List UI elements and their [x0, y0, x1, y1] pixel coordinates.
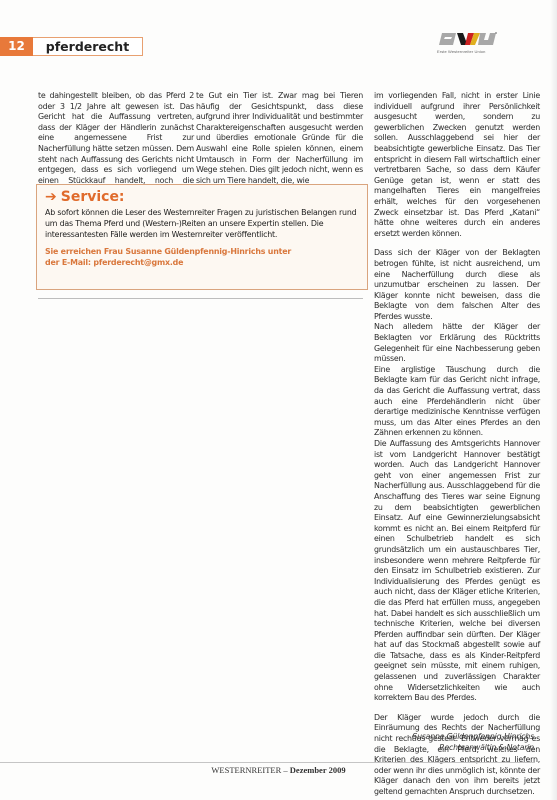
paragraph: Eine arglistige Täuschung durch die Bekl…: [374, 365, 540, 439]
section-title: pferderecht: [33, 37, 143, 56]
footer-separator: –: [281, 765, 290, 775]
article-column-1: te dahingestellt bleiben, ob das Pferd 2…: [38, 91, 194, 197]
section-header: 12 pferderecht: [0, 37, 143, 56]
paragraph: te Gut ein Tier ist. Zwar mag bei Tieren…: [196, 91, 363, 186]
page-footer: WESTERNREITER – Dezember 2009: [0, 765, 557, 775]
divider: [38, 298, 363, 299]
service-title-text: Service:: [61, 188, 125, 206]
logo-caption: Erste Westernreiter Union: [437, 49, 485, 54]
issue-date: Dezember 2009: [290, 765, 346, 775]
author-title: Rechtsanwältin & Notarin: [374, 742, 534, 753]
paragraph: Die Auffassung des Amtsgerichts Hannover…: [374, 439, 540, 704]
paragraph: te dahingestellt bleiben, ob das Pferd 2…: [38, 91, 194, 197]
author-signature: Susanne Güldenpfennig-Hinrichs Rechtsanw…: [374, 731, 534, 753]
service-title: ➔ Service:: [45, 188, 361, 206]
article-column-2: te Gut ein Tier ist. Zwar mag bei Tieren…: [196, 91, 363, 186]
arrow-right-icon: ➔: [45, 188, 57, 206]
page-number: 12: [0, 37, 33, 56]
service-contact: Sie erreichen Frau Susanne Güldenpfennig…: [45, 246, 361, 268]
page-edge-shadow: [550, 0, 557, 800]
paragraph: Dass sich der Kläger von der Beklagten b…: [374, 248, 540, 322]
article-column-3: im vorliegenden Fall, nicht in erster Li…: [374, 91, 540, 798]
paragraph: im vorliegenden Fall, nicht in erster Li…: [374, 91, 540, 239]
service-box: ➔ Service: Ab sofort können die Leser de…: [36, 184, 368, 290]
divider: [0, 762, 535, 763]
contact-email-link[interactable]: der E-Mail: pferderecht@gmx.de: [45, 257, 361, 268]
paragraph: Nach alledem hätte der Kläger der Beklag…: [374, 322, 540, 364]
paragraph: Der Kläger wurde jedoch durch die Einräu…: [374, 713, 540, 798]
service-body: Ab sofort können die Leser des Westernre…: [45, 207, 361, 240]
magazine-name: WESTERNREITER: [211, 765, 281, 775]
contact-line: Sie erreichen Frau Susanne Güldenpfennig…: [45, 246, 361, 257]
author-name: Susanne Güldenpfennig-Hinrichs: [374, 731, 534, 742]
